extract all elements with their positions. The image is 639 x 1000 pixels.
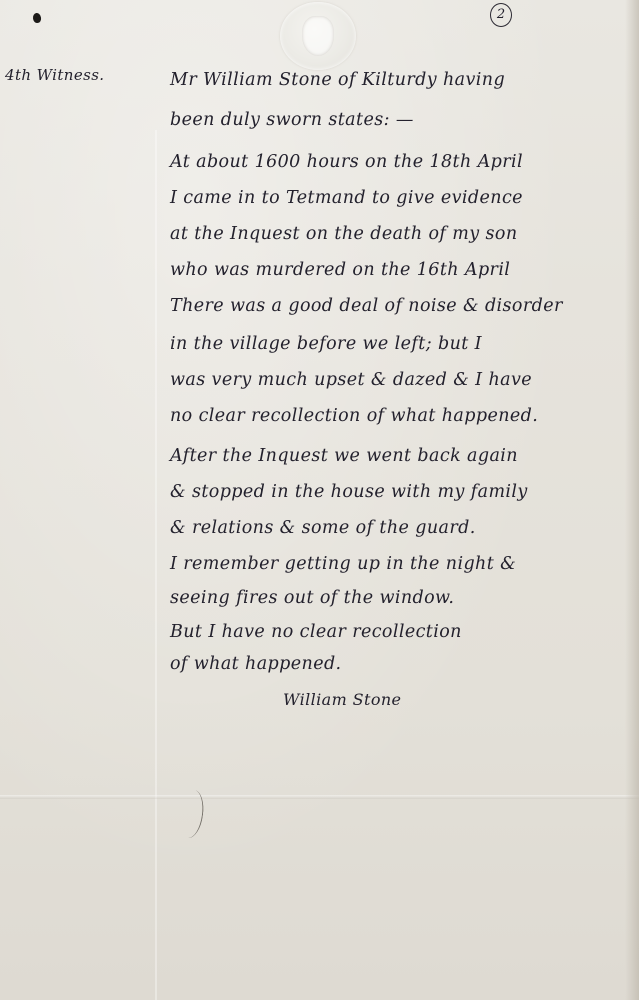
statement-line: I came in to Tetmand to give evidence [170, 188, 523, 208]
statement-line: & relations & some of the guard. [170, 518, 476, 538]
statement-line: seeing fires out of the window. [170, 588, 454, 608]
statement-line: After the Inquest we went back again [170, 446, 518, 466]
statement-line: Mr William Stone of Kilturdy having [170, 70, 505, 90]
statement-line: was very much upset & dazed & I have [170, 370, 532, 390]
statement-line: at the Inquest on the death of my son [170, 224, 518, 244]
statement-line: been duly sworn states: — [170, 110, 414, 130]
page-number: 2 [490, 3, 512, 27]
paper-fold-horizontal [0, 795, 639, 799]
statement-line: of what happened. [170, 654, 342, 674]
document-page: 2 4th Witness. Mr William Stone of Kiltu… [0, 0, 639, 1000]
statement-line: But I have no clear recollection [170, 622, 462, 642]
crest-icon [302, 16, 334, 56]
statement-line: There was a good deal of noise & disorde… [170, 296, 563, 316]
statement-line: in the village before we left; but I [170, 334, 482, 354]
paper-fold-vertical [155, 130, 157, 1000]
margin-note: 4th Witness. [5, 66, 104, 84]
signature: William Stone [283, 690, 401, 709]
punch-hole [32, 12, 41, 23]
statement-line: I remember getting up in the night & [170, 554, 516, 574]
statement-line: no clear recollection of what happened. [170, 406, 538, 426]
embossed-seal-icon [280, 2, 356, 70]
statement-line: At about 1600 hours on the 18th April [170, 152, 523, 172]
statement-line: who was murdered on the 16th April [170, 260, 510, 280]
statement-line: & stopped in the house with my family [170, 482, 528, 502]
